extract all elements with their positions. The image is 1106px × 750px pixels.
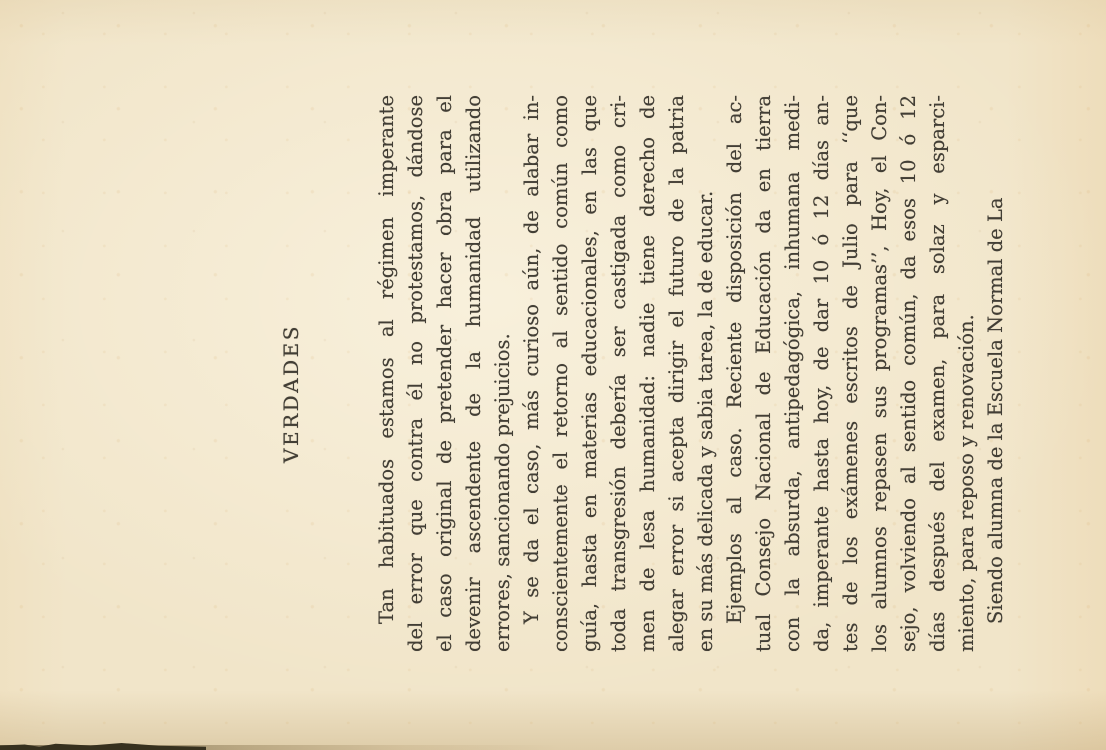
text-line: guía, hasta en materias educacionales, e… — [575, 95, 604, 652]
page-title: VERDADES — [279, 115, 304, 672]
text-line: toda transgresión debería ser castigada … — [604, 95, 633, 652]
text-line: el caso original de pretender hacer obra… — [430, 95, 459, 652]
text-line: días después del examen, para solaz y es… — [923, 95, 952, 652]
text-line: con la absurda, antipedagógica, inhumana… — [778, 95, 807, 652]
text-line: men de lesa humanidad: nadie tiene derec… — [633, 95, 662, 652]
text-line: alegar error si acepta dirigir el futuro… — [662, 95, 691, 652]
paragraph: Ejemplos al caso. Reciente disposición d… — [720, 95, 981, 652]
text-line: Tan habituados estamos al régimen impera… — [372, 95, 401, 652]
paragraph: Siendo alumna de la Escuela Normal de La — [981, 95, 1010, 652]
text-line: miento, para reposo y renovación. — [952, 95, 981, 652]
book-page-scan: VERDADES Tan habituados estamos al régim… — [0, 0, 1106, 750]
text-line: del error que contra él no protestamos, … — [401, 95, 430, 652]
text-line: conscientemente el retorno al sentido co… — [546, 95, 575, 652]
text-line: tes de los exámenes escritos de Julio pa… — [836, 95, 865, 652]
text-line: devenir ascendente de la humanidad utili… — [459, 95, 488, 652]
text-line: Y se da el caso, más curioso aún, de ala… — [517, 95, 546, 652]
paragraph: Y se da el caso, más curioso aún, de ala… — [517, 95, 720, 652]
text-line: Ejemplos al caso. Reciente disposición d… — [720, 95, 749, 652]
text-line: en su más delicada y sabia tarea, la de … — [691, 95, 720, 652]
text-line: Siendo alumna de la Escuela Normal de La — [981, 95, 1010, 652]
text-line: da, imperante hasta hoy, de dar 10 ó 12 … — [807, 95, 836, 652]
text-line: errores, sancionando prejuicios. — [488, 95, 517, 652]
text-line: los alumnos repasen sus programas’’, Hoy… — [865, 95, 894, 652]
rotated-page-content: VERDADES Tan habituados estamos al régim… — [0, 0, 1106, 750]
text-line: sejo, volviendo al sentido común, da eso… — [894, 95, 923, 652]
page-text: Tan habituados estamos al régimen impera… — [372, 95, 1010, 652]
paragraph: Tan habituados estamos al régimen impera… — [372, 95, 517, 652]
text-line: tual Consejo Nacional de Educación da en… — [749, 95, 778, 652]
